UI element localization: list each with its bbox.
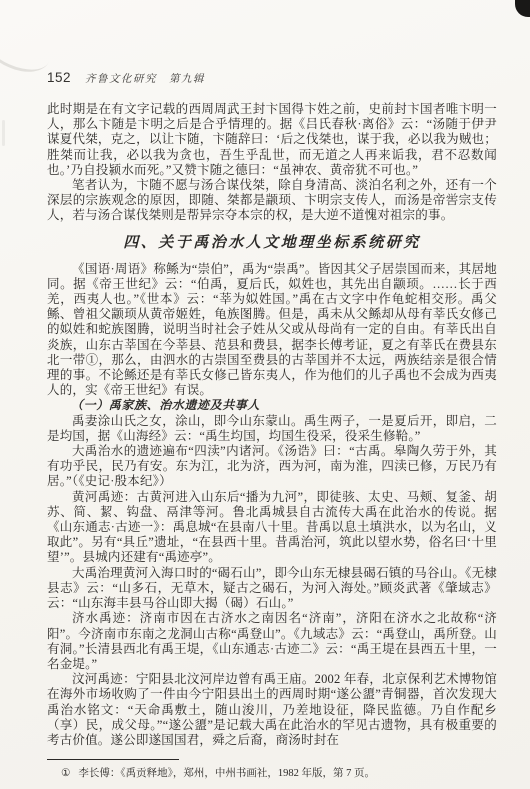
journal-issue: 第九辑 bbox=[169, 71, 205, 86]
scan-smudge bbox=[2, 120, 5, 146]
paragraph: 大禹治理黄河入海口时的“碣石山”，即今山东无棣县碣石镇的马谷山。《无棣县志》云：… bbox=[47, 566, 497, 612]
paragraph: 禹妻涂山氏之女，涂山，即今山东蒙山。禹生两子，一是夏后开，即启，二是均国，据《山… bbox=[47, 414, 497, 444]
section-heading: 四、关于禹治水人文地理坐标系统研究 bbox=[47, 233, 497, 253]
paragraph: 汶河禹迹：宁阳县北汶河岸边曾有禹王庙。2002 年春，北京保利艺术博物馆在海外市… bbox=[47, 672, 497, 748]
page-number: 152 bbox=[47, 70, 71, 85]
footnote-text: 李长傅：《禹贡释地》，郑州，中州书画社，1982 年版，第 7 页。 bbox=[78, 767, 497, 781]
scanned-book-page: 152 齐鲁文化研究 第九辑 此时期是在有文字记载的西周周武王封卞国得卞姓之前，… bbox=[0, 0, 530, 789]
scan-corner-mark bbox=[515, 0, 530, 17]
paragraph: 大禹治水的遗迹遍布“四渎”内诸河。《汤诰》曰：“古禹。皋陶久劳于外，其有功乎民，… bbox=[47, 444, 497, 490]
paragraph: 济水禹迹：济南市因在古济水之南因名“济南”，济阳在济水之北故称“济阳”。今济南市… bbox=[47, 611, 497, 672]
paragraph: 《国语·周语》称鲧为“崇伯”，禹为“崇禹”。皆因其父子居崇国而来，其居地同。据《… bbox=[47, 262, 497, 399]
footnote-marker: ① bbox=[61, 767, 70, 781]
footnote: ① 李长傅：《禹贡释地》，郑州，中州书画社，1982 年版，第 7 页。 bbox=[47, 767, 497, 781]
running-head: 152 齐鲁文化研究 第九辑 bbox=[47, 70, 497, 86]
subsection-heading: （一）禹家族、治水遗迹及共事人 bbox=[47, 398, 497, 413]
paragraph: 黄河禹迹：古黄河进入山东后“播为九河”，即徒骇、太史、马颊、复釜、胡苏、简、絜、… bbox=[47, 490, 497, 566]
paragraph-continued: 此时期是在有文字记载的西周周武王封卞国得卞姓之前，史前封卞国者唯卞明一人，那么卞… bbox=[47, 102, 497, 178]
footnote-divider bbox=[47, 759, 179, 760]
paragraph: 笔者认为，卞随不愿与汤合谋伐桀，除自身清高、淡泊名利之外，还有一个深层的宗族观念… bbox=[47, 178, 497, 224]
journal-title: 齐鲁文化研究 bbox=[85, 71, 157, 86]
text-block: 此时期是在有文字记载的西周周武王封卞国得卞姓之前，史前封卞国者唯卞明一人，那么卞… bbox=[47, 102, 497, 748]
